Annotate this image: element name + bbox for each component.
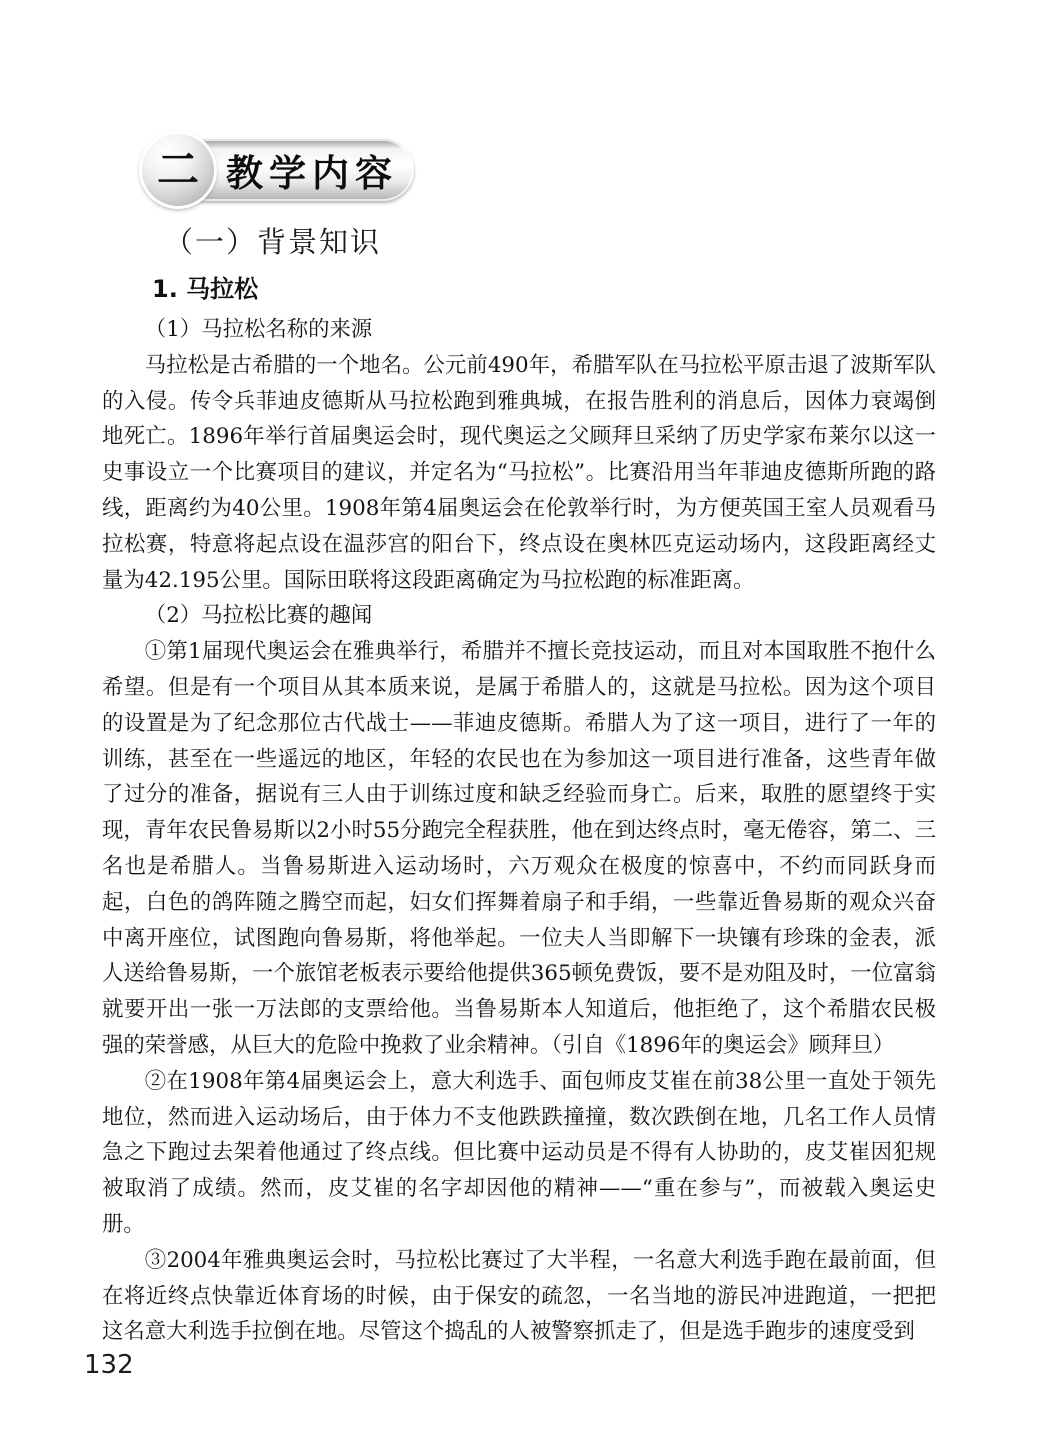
subsection-title: （一）背景知识: [164, 220, 936, 264]
section-badge-title: 教学内容: [226, 143, 398, 197]
part1-heading: （1）马拉松名称的来源: [102, 312, 936, 348]
part2-anecdote-2: ②在1908年第4届奥运会上，意大利选手、面包师皮艾崔在前38公里一直处于领先地…: [102, 1064, 936, 1243]
page-number: 132: [84, 1350, 134, 1380]
topic-title: 1. 马拉松: [152, 272, 936, 306]
section-badge: 教学内容 二: [142, 134, 414, 208]
part2-anecdote-1: ①第1届现代奥运会在雅典举行，希腊并不擅长竞技运动，而且对本国取胜不抱什么希望。…: [102, 634, 936, 1064]
textbook-page: 教学内容 二 （一）背景知识 1. 马拉松 （1）马拉松名称的来源 马拉松是古希…: [0, 0, 1038, 1452]
section-badge-number: 二: [157, 149, 199, 191]
body-text: （1）马拉松名称的来源 马拉松是古希腊的一个地名。公元前490年，希腊军队在马拉…: [102, 312, 936, 1350]
part2-anecdote-3: ③2004年雅典奥运会时，马拉松比赛过了大半程，一名意大利选手跑在最前面，但在将…: [102, 1243, 936, 1350]
page-content: 教学内容 二 （一）背景知识 1. 马拉松 （1）马拉松名称的来源 马拉松是古希…: [102, 134, 936, 1350]
part1-body: 马拉松是古希腊的一个地名。公元前490年，希腊军队在马拉松平原击退了波斯军队的入…: [102, 348, 936, 599]
part2-heading: （2）马拉松比赛的趣闻: [102, 598, 936, 634]
section-badge-circle: 二: [142, 134, 214, 206]
